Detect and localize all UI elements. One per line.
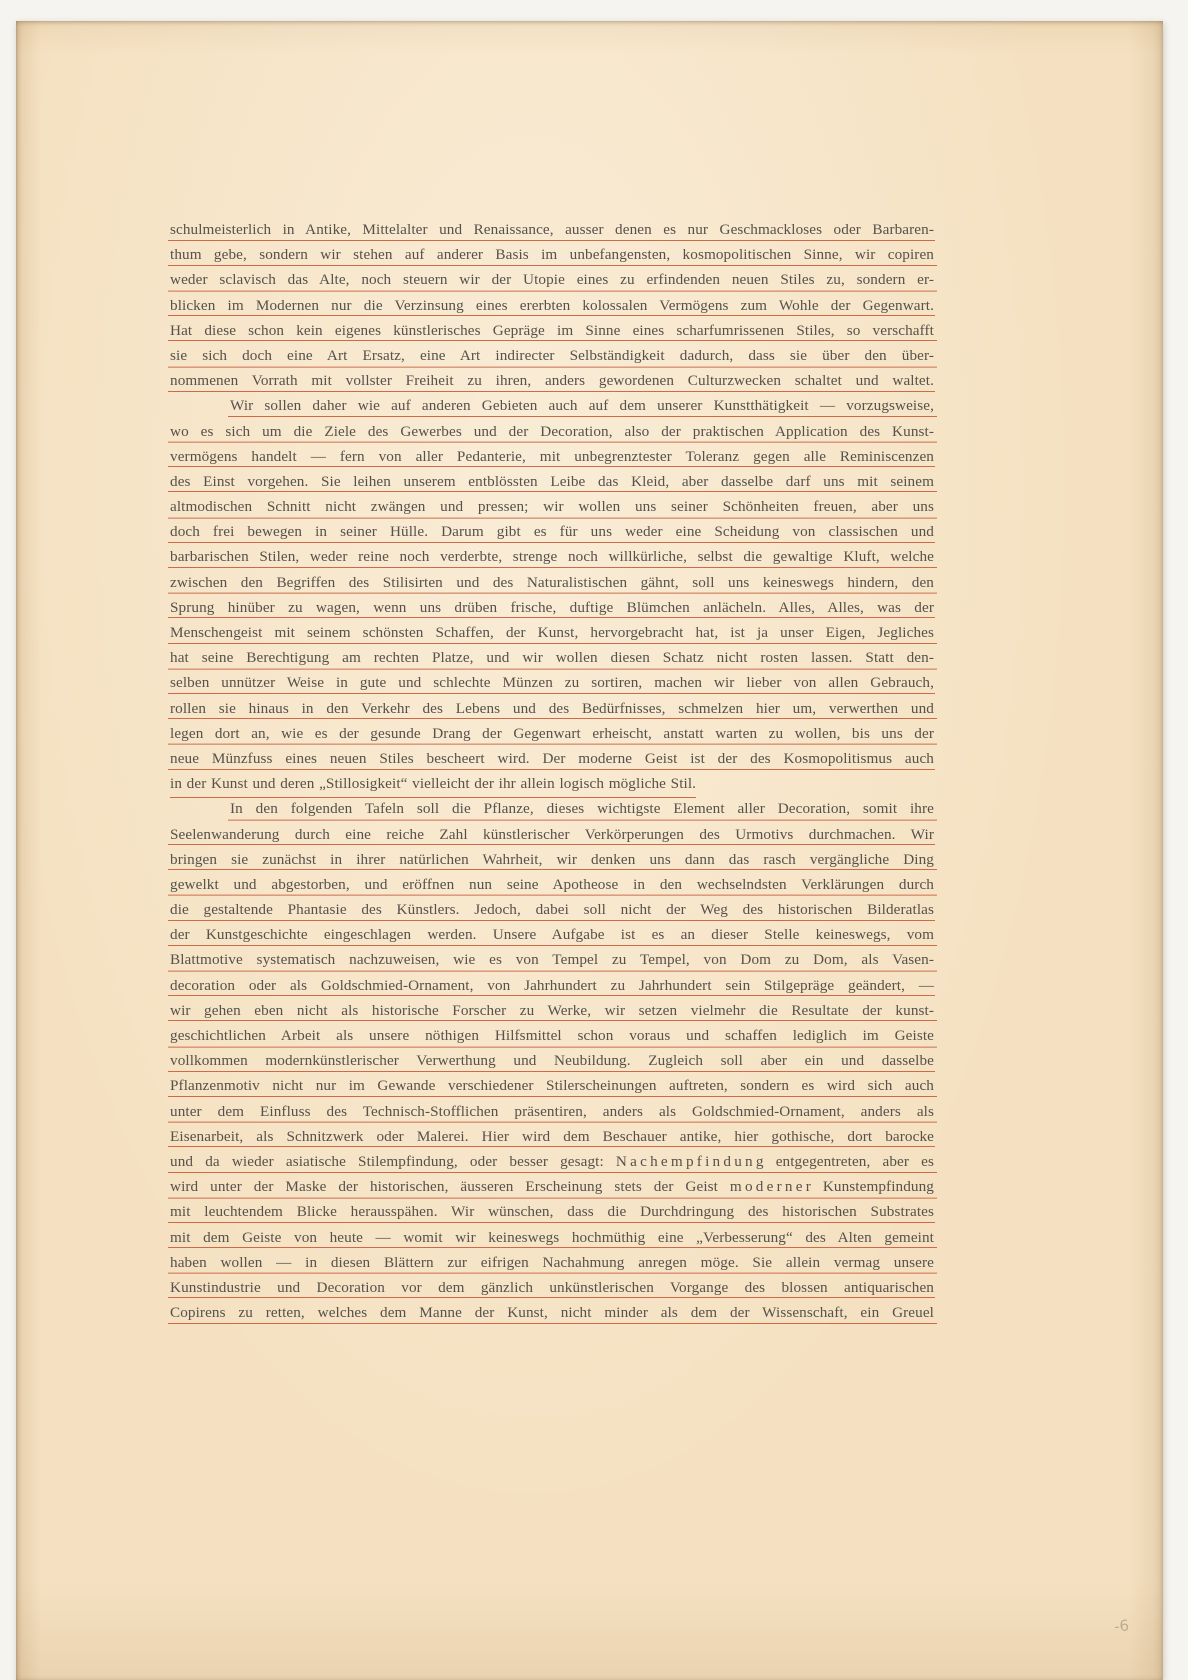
text-block: schulmeisterlich in Antike, Mittelalter …: [170, 217, 934, 1325]
text-line: wir gehen eben nicht als historische For…: [170, 998, 934, 1023]
text-line: geschichtlichen Arbeit als unsere nöthig…: [170, 1023, 934, 1048]
text-line: vermögens handelt — fern von aller Pedan…: [170, 444, 934, 469]
text-line: altmodischen Schnitt nicht zwängen und p…: [170, 494, 934, 519]
text-line: wo es sich um die Ziele des Gewerbes und…: [170, 419, 934, 444]
text-line: weder sclavisch das Alte, noch steuern w…: [170, 267, 934, 292]
text-line: mit dem Geiste von heute — womit wir kei…: [170, 1225, 934, 1250]
text-line: unter dem Einfluss des Technisch-Stoffli…: [170, 1099, 934, 1124]
text-line-paragraph-end: in der Kunst und deren „Stillosigkeit“ v…: [170, 771, 934, 796]
text-line: Pflanzenmotiv nicht nur im Gewande versc…: [170, 1073, 934, 1098]
text-line: rollen sie hinaus in den Verkehr des Leb…: [170, 696, 934, 721]
text-line: haben wollen — in diesen Blättern zur ei…: [170, 1250, 934, 1275]
text-line: hat seine Berechtigung am rechten Platze…: [170, 645, 934, 670]
text-line: zwischen den Begriffen des Stilisirten u…: [170, 570, 934, 595]
text-line: des Einst vorgehen. Sie leihen unserem e…: [170, 469, 934, 494]
text-line: Hat diese schon kein eigenes künstlerisc…: [170, 318, 934, 343]
text-line: Seelenwanderung durch eine reiche Zahl k…: [170, 822, 934, 847]
text-line: doch frei bewegen in seiner Hülle. Darum…: [170, 519, 934, 544]
text-line: selben unnützer Weise in gute und schlec…: [170, 670, 934, 695]
text-line: legen dort an, wie es der gesunde Drang …: [170, 721, 934, 746]
text-line: Eisenarbeit, als Schnitzwerk oder Malere…: [170, 1124, 934, 1149]
text-line-paragraph-start: In den folgenden Tafeln soll die Pflanze…: [170, 796, 934, 821]
text-line-paragraph-start: Wir sollen daher wie auf anderen Gebiete…: [170, 393, 934, 418]
text-line: neue Münzfuss eines neuen Stiles beschee…: [170, 746, 934, 771]
text-line: Copirens zu retten, welches dem Manne de…: [170, 1300, 934, 1325]
text-line: bringen sie zunächst in ihrer natürliche…: [170, 847, 934, 872]
text-line: Blattmotive systematisch nachzuweisen, w…: [170, 947, 934, 972]
text-line: thum gebe, sondern wir stehen auf andere…: [170, 242, 934, 267]
pencil-mark: -6: [1113, 1616, 1130, 1635]
scan-background: schulmeisterlich in Antike, Mittelalter …: [0, 0, 1188, 1680]
text-line: mit leuchtendem Blicke herausspähen. Wir…: [170, 1199, 934, 1224]
text-line: decoration oder als Goldschmied-Ornament…: [170, 973, 934, 998]
text-line: wird unter der Maske der historischen, ä…: [170, 1174, 934, 1199]
text-line: blicken im Modernen nur die Verzinsung e…: [170, 293, 934, 318]
book-page: schulmeisterlich in Antike, Mittelalter …: [16, 21, 1163, 1680]
text-line: der Kunstgeschichte eingeschlagen werden…: [170, 922, 934, 947]
text-line: nommenen Vorrath mit vollster Freiheit z…: [170, 368, 934, 393]
text-line: schulmeisterlich in Antike, Mittelalter …: [170, 217, 934, 242]
text-line: gewelkt und abgestorben, und eröffnen nu…: [170, 872, 934, 897]
text-line: sie sich doch eine Art Ersatz, eine Art …: [170, 343, 934, 368]
text-line: barbarischen Stilen, weder reine noch ve…: [170, 544, 934, 569]
text-line: vollkommen modernkünstlerischer Verwerth…: [170, 1048, 934, 1073]
text-line: Sprung hinüber zu wagen, wenn uns drüben…: [170, 595, 934, 620]
text-line: Menschengeist mit seinem schönsten Schaf…: [170, 620, 934, 645]
text-line: und da wieder asiatische Stilempfindung,…: [170, 1149, 934, 1174]
text-line: Kunstindustrie und Decoration vor dem gä…: [170, 1275, 934, 1300]
text-line: die gestaltende Phantasie des Künstlers.…: [170, 897, 934, 922]
